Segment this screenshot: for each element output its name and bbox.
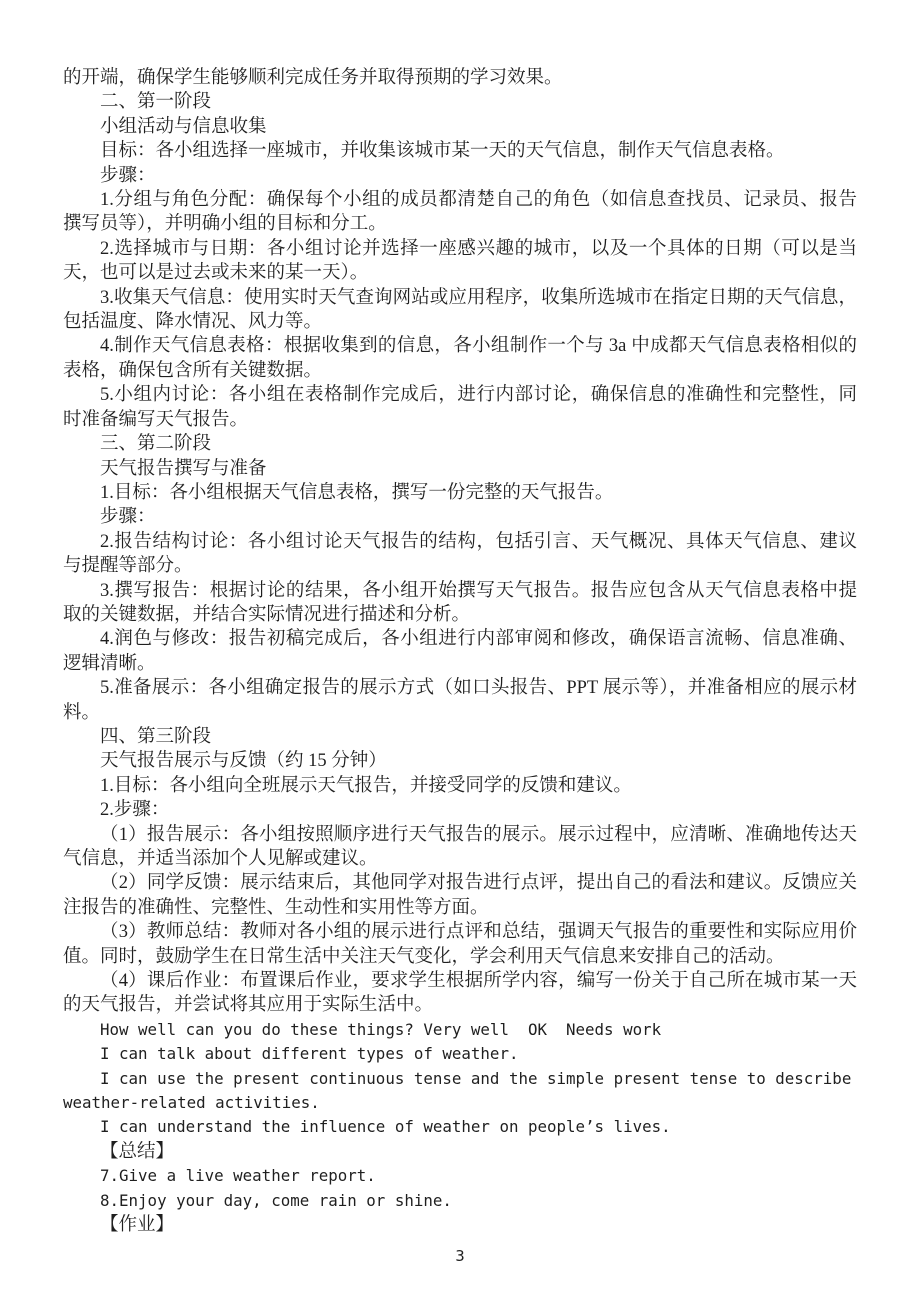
- text-line: I can use the present continuous tense a…: [63, 1067, 857, 1091]
- text-line: 8.Enjoy your day, come rain or shine.: [63, 1189, 857, 1213]
- text-line: 【总结】: [63, 1140, 857, 1164]
- text-line: 四、第三阶段: [63, 725, 857, 749]
- text-line: How well can you do these things? Very w…: [63, 1018, 857, 1042]
- text-line: 小组活动与信息收集: [63, 115, 857, 139]
- text-line: 1.目标：各小组向全班展示天气报告，并接受同学的反馈和建议。: [63, 774, 857, 798]
- text-line: 2.选择城市与日期：各小组讨论并选择一座感兴趣的城市，以及一个具体的日期（可以是…: [63, 237, 857, 261]
- text-line: 3.收集天气信息：使用实时天气查询网站或应用程序，收集所选城市在指定日期的天气信…: [63, 286, 857, 310]
- document-page: 的开端，确保学生能够顺利完成任务并取得预期的学习效果。二、第一阶段小组活动与信息…: [0, 0, 920, 1302]
- text-line: 注报告的准确性、完整性、生动性和实用性等方面。: [63, 896, 857, 920]
- text-line: 气信息，并适当添加个人见解或建议。: [63, 847, 857, 871]
- text-line: 逻辑清晰。: [63, 652, 857, 676]
- text-line: 的天气报告，并尝试将其应用于实际生活中。: [63, 993, 857, 1017]
- text-line: 料。: [63, 701, 857, 725]
- text-line: 目标：各小组选择一座城市，并收集该城市某一天的天气信息，制作天气信息表格。: [63, 139, 857, 163]
- text-line: 表格，确保包含所有关键数据。: [63, 359, 857, 383]
- text-line: 时准备编写天气报告。: [63, 408, 857, 432]
- page-number: 3: [63, 1246, 857, 1266]
- text-line: 7.Give a live weather report.: [63, 1164, 857, 1188]
- text-line: （4）课后作业：布置课后作业，要求学生根据所学内容，编写一份关于自己所在城市某一…: [63, 969, 857, 993]
- text-line: 4.制作天气信息表格：根据收集到的信息，各小组制作一个与 3a 中成都天气信息表…: [63, 334, 857, 358]
- text-line: 天气报告展示与反馈（约 15 分钟）: [63, 749, 857, 773]
- text-line: 天气报告撰写与准备: [63, 457, 857, 481]
- text-line: 步骤：: [63, 505, 857, 529]
- text-line: 的开端，确保学生能够顺利完成任务并取得预期的学习效果。: [63, 66, 857, 90]
- text-line: 天，也可以是过去或未来的某一天）。: [63, 261, 857, 285]
- text-line: I can talk about different types of weat…: [63, 1042, 857, 1066]
- text-line: 1.目标：各小组根据天气信息表格，撰写一份完整的天气报告。: [63, 481, 857, 505]
- text-line: 3.撰写报告：根据讨论的结果，各小组开始撰写天气报告。报告应包含从天气信息表格中…: [63, 579, 857, 603]
- text-line: 【作业】: [63, 1213, 857, 1237]
- text-line: （1）报告展示：各小组按照顺序进行天气报告的展示。展示过程中，应清晰、准确地传达…: [63, 823, 857, 847]
- text-line: 取的关键数据，并结合实际情况进行描述和分析。: [63, 603, 857, 627]
- document-body-text: 的开端，确保学生能够顺利完成任务并取得预期的学习效果。二、第一阶段小组活动与信息…: [63, 66, 857, 1238]
- text-line: 2.步骤：: [63, 798, 857, 822]
- text-line: 1.分组与角色分配：确保每个小组的成员都清楚自己的角色（如信息查找员、记录员、报…: [63, 188, 857, 212]
- text-line: 4.润色与修改：报告初稿完成后，各小组进行内部审阅和修改，确保语言流畅、信息准确…: [63, 627, 857, 651]
- text-line: 撰写员等），并明确小组的目标和分工。: [63, 212, 857, 236]
- text-line: 三、第二阶段: [63, 432, 857, 456]
- text-line: I can understand the influence of weathe…: [63, 1115, 857, 1139]
- text-line: （3）教师总结：教师对各小组的展示进行点评和总结，强调天气报告的重要性和实际应用…: [63, 920, 857, 944]
- text-line: 二、第一阶段: [63, 90, 857, 114]
- text-line: weather-related activities.: [63, 1091, 857, 1115]
- text-line: 5.小组内讨论：各小组在表格制作完成后，进行内部讨论，确保信息的准确性和完整性，…: [63, 383, 857, 407]
- text-line: 包括温度、降水情况、风力等。: [63, 310, 857, 334]
- text-line: 步骤：: [63, 164, 857, 188]
- text-line: 2.报告结构讨论：各小组讨论天气报告的结构，包括引言、天气概况、具体天气信息、建…: [63, 530, 857, 554]
- text-line: 与提醒等部分。: [63, 554, 857, 578]
- text-line: 值。同时，鼓励学生在日常生活中关注天气变化，学会利用天气信息来安排自己的活动。: [63, 945, 857, 969]
- text-line: 5.准备展示：各小组确定报告的展示方式（如口头报告、PPT 展示等），并准备相应…: [63, 676, 857, 700]
- text-line: （2）同学反馈：展示结束后，其他同学对报告进行点评，提出自己的看法和建议。反馈应…: [63, 871, 857, 895]
